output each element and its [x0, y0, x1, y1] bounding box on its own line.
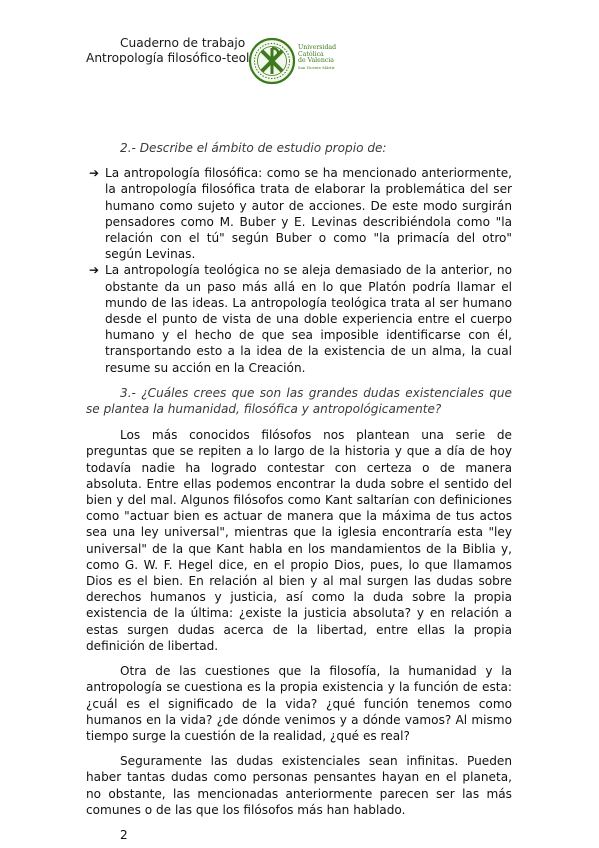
answer-paragraph: Los más conocidos filósofos nos plantean…	[86, 427, 512, 654]
university-name: Universidad Católica de Valencia San Vic…	[298, 45, 336, 70]
document-body: 2.- Describe el ámbito de estudio propio…	[86, 140, 512, 843]
bullet-theological-anthropology: ➔ La antropología teológica no se aleja …	[89, 262, 512, 375]
question-2-title: 2.- Describe el ámbito de estudio propio…	[86, 140, 512, 156]
question-2-bullets: ➔ La antropología filosófica: como se ha…	[86, 165, 512, 376]
logo-text-line: San Vicente Mártir	[298, 65, 336, 70]
question-3-title: 3.- ¿Cuáles crees que son las grandes du…	[86, 385, 512, 417]
bullet-text: La antropología filosófica: como se ha m…	[105, 166, 512, 261]
page-number: 2	[86, 827, 512, 843]
logo-text-line: de Valencia	[298, 58, 336, 65]
bullet-philosophical-anthropology: ➔ La antropología filosófica: como se ha…	[89, 165, 512, 262]
answer-paragraph: Otra de las cuestiones que la filosofía,…	[86, 663, 512, 744]
university-seal-icon	[248, 37, 296, 85]
page-header: Cuaderno de trabajo Antropología filosóf…	[0, 0, 599, 110]
arrow-right-icon: ➔	[89, 262, 99, 278]
arrow-right-icon: ➔	[89, 165, 99, 181]
answer-paragraph: Seguramente las dudas existenciales sean…	[86, 753, 512, 818]
bullet-text: La antropología teológica no se aleja de…	[105, 263, 512, 374]
